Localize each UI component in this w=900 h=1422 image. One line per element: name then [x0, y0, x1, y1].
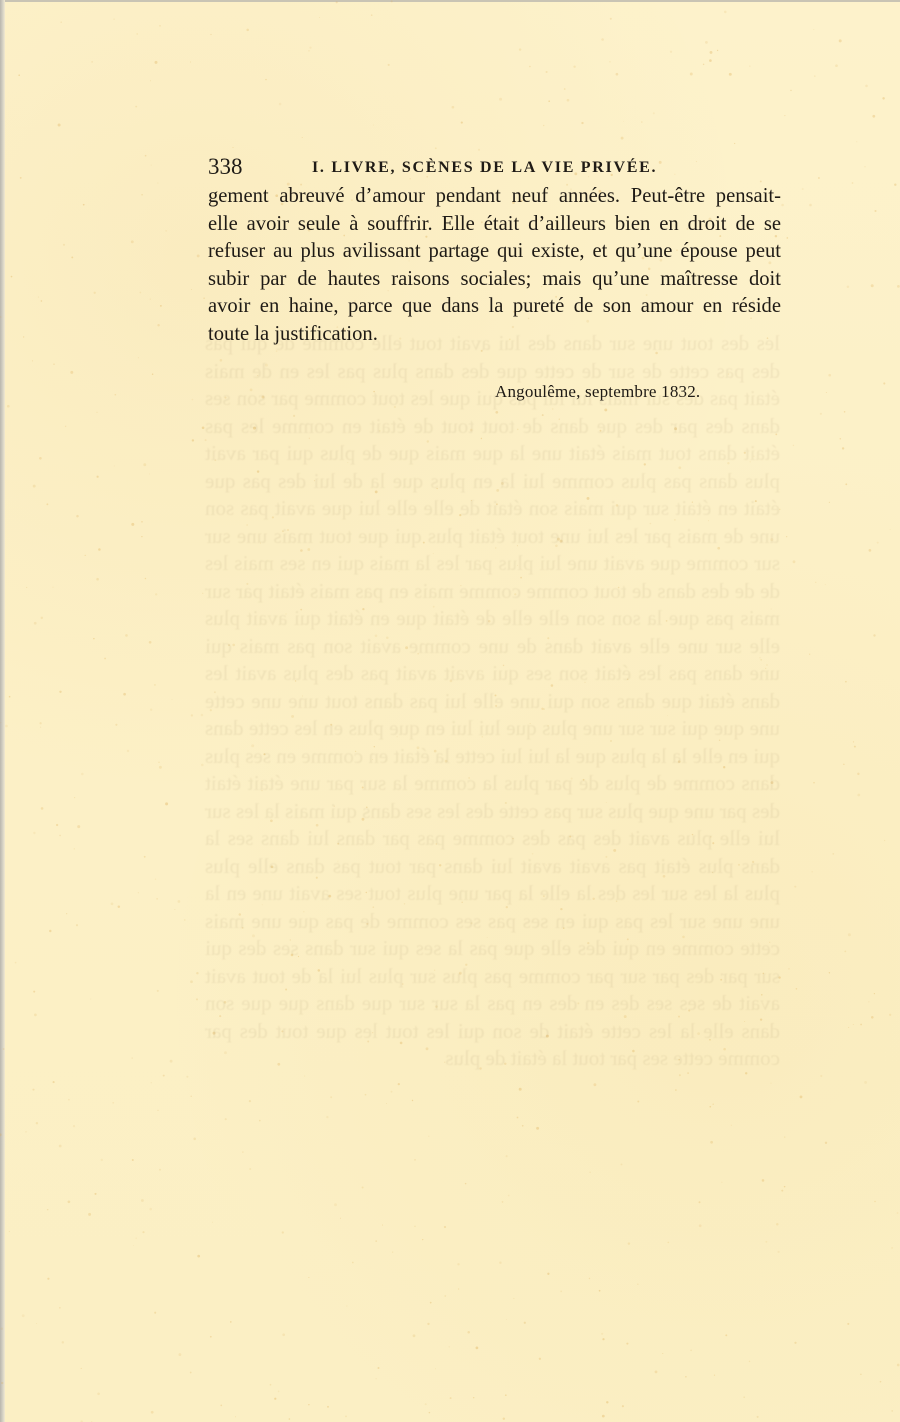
page-header: 338 I. LIVRE, SCÈNES DE LA VIE PRIVÉE. [208, 152, 683, 182]
page-number: 338 [208, 152, 243, 182]
body-line: toute la justification. [208, 321, 781, 349]
body-line: refuser au plus avilissant partage qui e… [208, 238, 781, 266]
running-head: I. LIVRE, SCÈNES DE LA VIE PRIVÉE. [312, 156, 657, 180]
place-date-signature: Angoulême, septembre 1832. [495, 380, 700, 404]
page-top-edge [0, 0, 900, 2]
body-line: elle avoir seule à souffrir. Elle était … [208, 211, 781, 239]
body-line: gement abreuvé d’amour pendant neuf anné… [208, 183, 781, 211]
body-line: avoir en haine, parce que dans la pureté… [208, 293, 781, 321]
body-line: subir par de hautes raisons sociales; ma… [208, 266, 781, 294]
page-left-edge [0, 0, 5, 1422]
body-paragraph: gement abreuvé d’amour pendant neuf anné… [208, 183, 781, 349]
book-page: les des tout une sur dans des lui avait … [0, 0, 900, 1422]
reverse-page-bleed: les des tout une sur dans des lui avait … [205, 330, 780, 1250]
